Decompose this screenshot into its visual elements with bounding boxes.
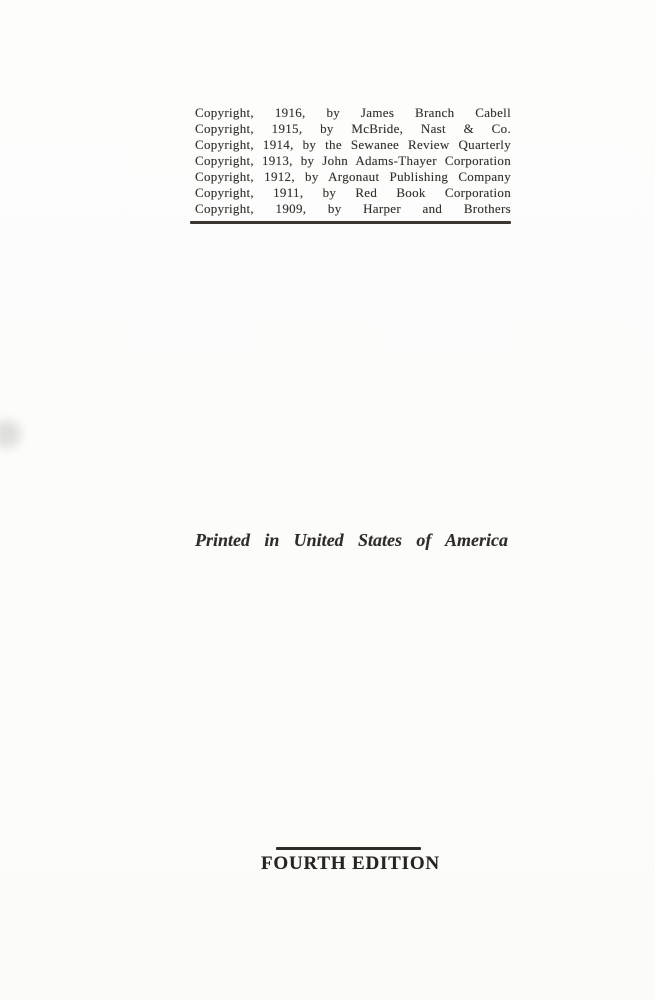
copyright-line: Copyright, 1911, by Red Book Corporation bbox=[195, 185, 511, 201]
edition-title: FOURTH EDITION bbox=[248, 853, 453, 875]
scan-smudge-artifact bbox=[0, 420, 21, 448]
copyright-line: Copyright, 1909, by Harper and Brothers bbox=[195, 201, 511, 217]
copyright-line: Copyright, 1914, by the Sewanee Review Q… bbox=[195, 137, 511, 153]
book-copyright-page: Copyright, 1916, by James Branch Cabell … bbox=[0, 0, 655, 1000]
copyright-line: Copyright, 1916, by James Branch Cabell bbox=[195, 105, 511, 121]
copyright-divider-rule bbox=[190, 221, 511, 224]
copyright-line: Copyright, 1913, by John Adams-Thayer Co… bbox=[195, 153, 511, 169]
edition-divider-rule bbox=[276, 847, 421, 850]
copyright-line: Copyright, 1912, by Argonaut Publishing … bbox=[195, 169, 511, 185]
printed-in-line: Printed in United States of America bbox=[195, 530, 508, 551]
copyright-line: Copyright, 1915, by McBride, Nast & Co. bbox=[195, 121, 511, 137]
copyright-block: Copyright, 1916, by James Branch Cabell … bbox=[195, 105, 511, 217]
